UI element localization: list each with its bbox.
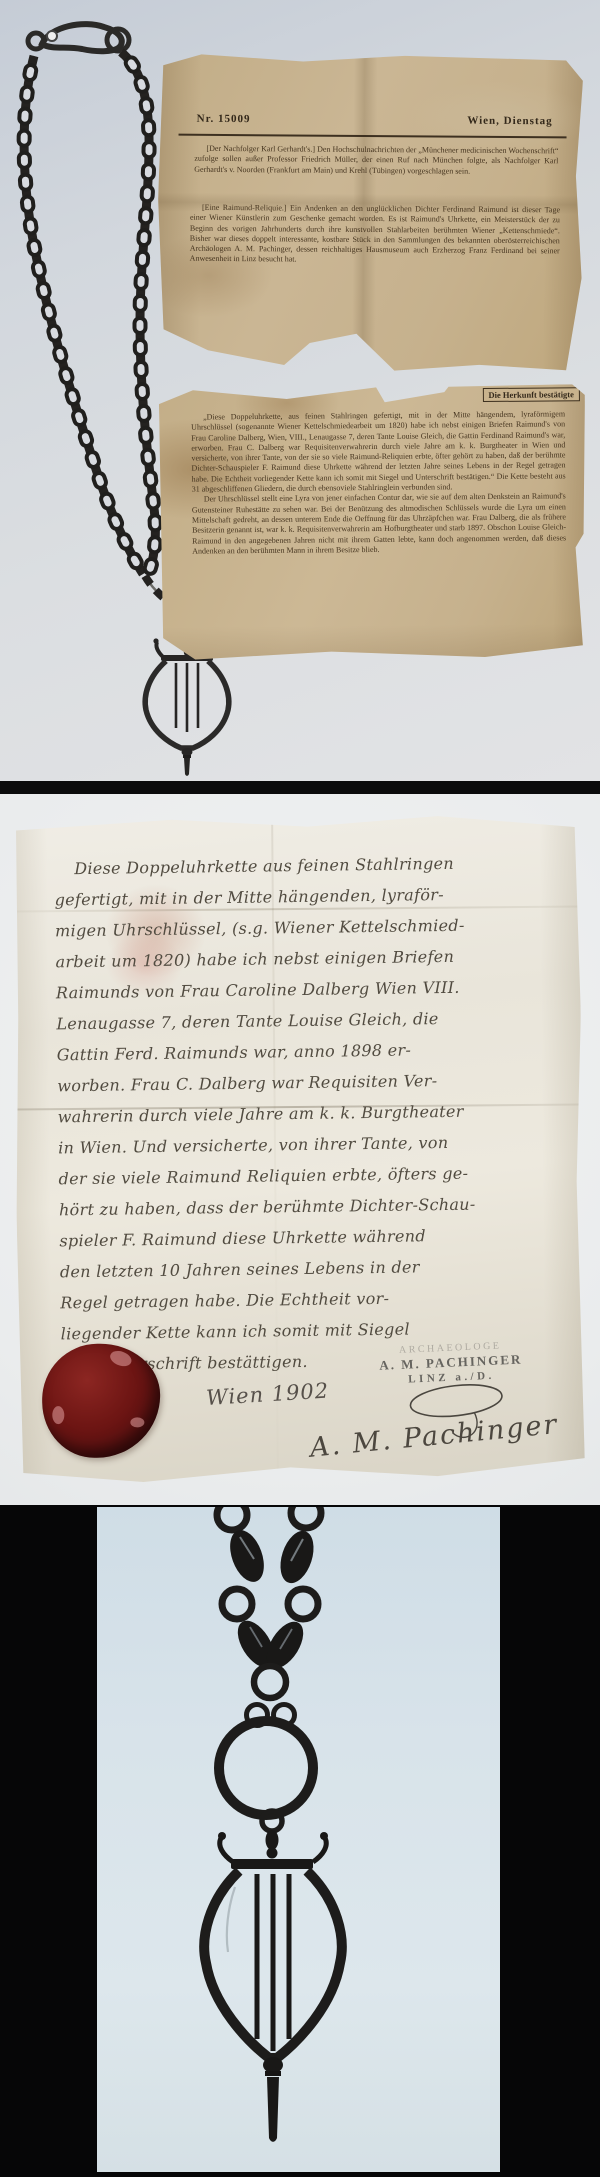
clipping-header: Nr. 15009 Wien, Dienstag: [197, 113, 553, 127]
seal-fleck: [108, 1348, 133, 1369]
black-divider: [0, 781, 600, 794]
photo-chain-and-clippings: Nr. 15009 Wien, Dienstag [Der Nachfolger…: [0, 0, 600, 781]
clipping-dateline: Wien, Dienstag: [467, 115, 552, 128]
closeup-lyre-key: [204, 1721, 342, 2142]
seal-fleck: [52, 1406, 64, 1424]
clipping-corner-label: Die Herkunft bestätigte: [482, 387, 580, 402]
handwritten-place-date: Wien 1902: [206, 1379, 330, 1410]
closeup-chain-links: [217, 1507, 321, 1726]
chain-clasp: [28, 24, 129, 51]
newspaper-clipping-1: Nr. 15009 Wien, Dienstag [Der Nachfolger…: [157, 53, 583, 374]
letter-paper: Diese Doppeluhrkette aus feinen Stahlrin…: [13, 814, 585, 1487]
photo-pendant-closeup: [0, 1505, 600, 2177]
chain-strands: [24, 52, 182, 610]
clipping-issue-number: Nr. 15009: [197, 113, 251, 125]
pendant-closeup-image: [97, 1507, 500, 2172]
auction-photo-composite: Nr. 15009 Wien, Dienstag [Der Nachfolger…: [0, 0, 600, 2177]
newspaper-clipping-2: Die Herkunft bestätigte „Diese Doppeluhr…: [159, 384, 587, 660]
red-wax-seal: [42, 1343, 161, 1458]
clipping-body: „Diese Doppeluhrkette, aus feinen Stahlr…: [191, 409, 566, 556]
clipping-paragraph-provenance: Der Uhrschlüssel stellt eine Lyra von je…: [192, 492, 567, 557]
photo-handwritten-letter: Diese Doppeluhrkette aus feinen Stahlrin…: [0, 794, 600, 1505]
seal-fleck: [130, 1417, 144, 1427]
clipping-header-rule: [179, 134, 567, 139]
closeup-inset: [97, 1507, 500, 2172]
clipping-paragraph-raimund-reliquie: [Eine Raimund-Reliquie.] Ein Andenken an…: [190, 203, 560, 267]
handwritten-text: Diese Doppeluhrkette aus feinen Stahlrin…: [54, 846, 561, 1380]
clipping-paragraph-gerhardt: [Der Nachfolger Karl Gerhardt's.] Den Ho…: [194, 144, 558, 177]
clipping-paragraph-attestation: „Diese Doppeluhrkette, aus feinen Stahlr…: [191, 409, 566, 495]
